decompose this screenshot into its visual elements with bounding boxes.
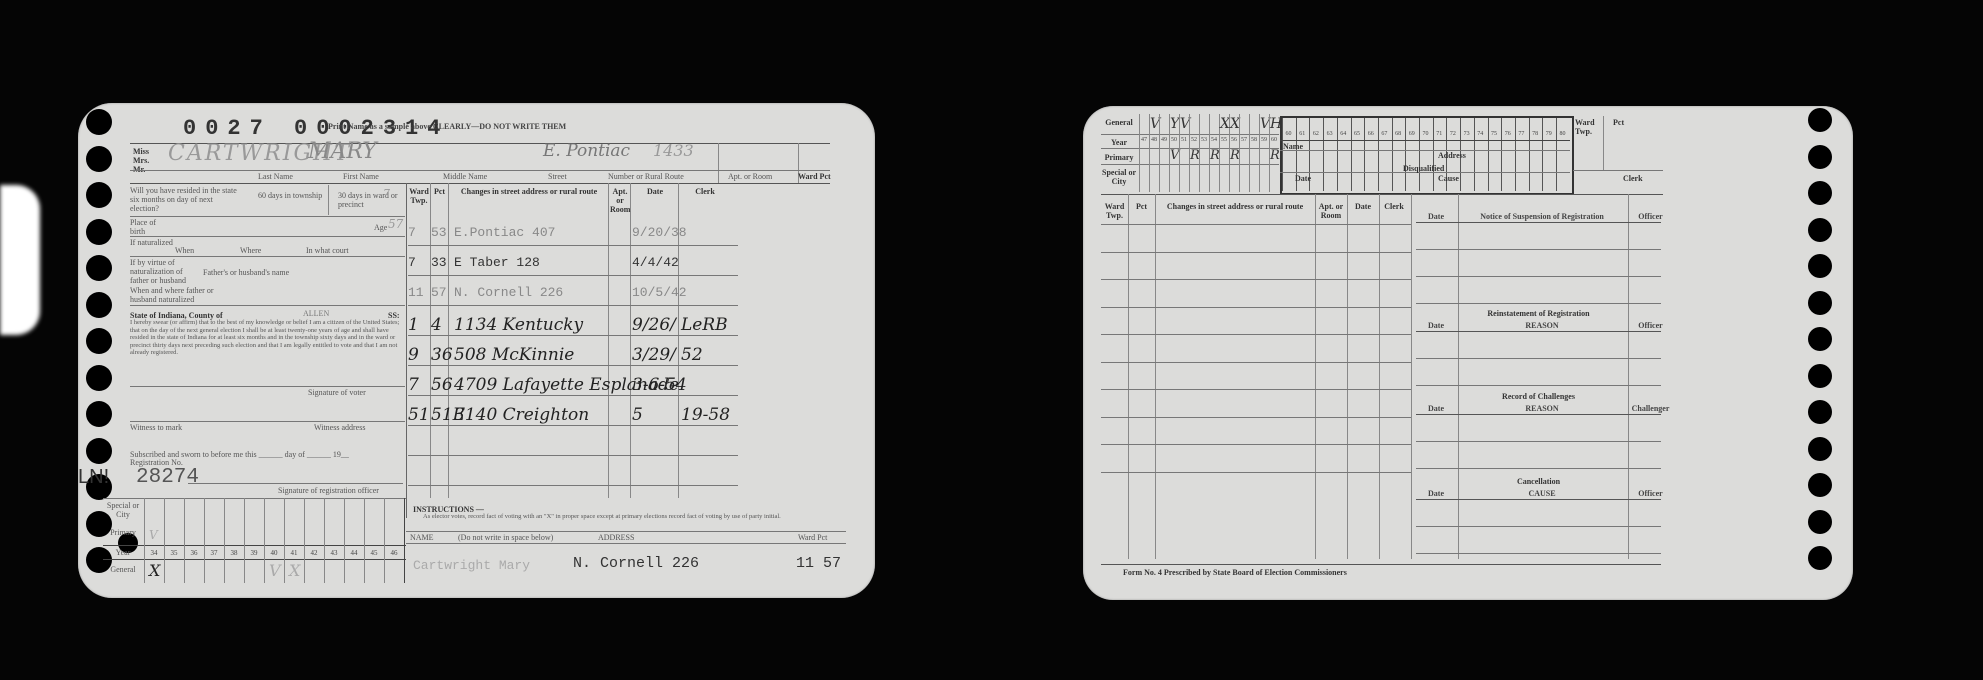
footer-address: N. Cornell 226 (573, 555, 699, 572)
grid-col-rule (1159, 114, 1160, 192)
registration-number: 28274 (136, 466, 199, 489)
grid-col-rule (1529, 118, 1530, 191)
year-cell: 40 (264, 549, 284, 557)
punch-hole (1808, 254, 1832, 278)
name-label: NAME (410, 533, 434, 542)
when-label: When (175, 246, 194, 255)
date-cell: 10/5/42 (632, 285, 687, 300)
table-header: Apt. or Room (610, 187, 630, 214)
section-rule (1416, 468, 1661, 469)
grid-col-rule (344, 498, 345, 583)
township-60-label: 60 days in township (258, 191, 328, 200)
table-col-rule (1155, 194, 1156, 559)
section-rule (1416, 249, 1661, 250)
grid-col-rule (1282, 118, 1283, 191)
punch-hole (1808, 400, 1832, 424)
section-title: Record of Challenges (1416, 392, 1661, 401)
section-header: REASON (1458, 404, 1626, 413)
primary-mark: V (149, 528, 158, 542)
number-label: Number or Rural Route (608, 172, 684, 181)
witness-mark-label: Witness to mark (130, 423, 182, 432)
table-header: Ward Twp. (1101, 202, 1128, 220)
ward-30-label: 30 days in ward or precinct (338, 191, 408, 209)
year-cell: 68 (1392, 131, 1405, 137)
adjacent-card-edge (0, 185, 40, 335)
grid-col-rule (224, 498, 225, 583)
first-name-value: MARY (308, 139, 377, 164)
pct-label: Pct (1613, 118, 1624, 127)
where-label: Where (240, 246, 261, 255)
section-rule (1416, 526, 1661, 527)
primary-mark: V (1170, 148, 1179, 163)
ext-date-label: Date (1295, 174, 1311, 183)
year-cell: 79 (1542, 131, 1555, 137)
date-cell: 5 (632, 405, 643, 425)
year-cell: 51 (1179, 137, 1189, 143)
date-cell: 3-6-54 (632, 375, 687, 395)
section-rule (1416, 553, 1661, 554)
general-mark: X (149, 561, 160, 580)
section-header: Date (1416, 404, 1456, 413)
county-value: ALLEN (303, 309, 329, 318)
ward-pct-label: Ward Pct (798, 172, 831, 181)
fathers-name-label: Father's or husband's name (203, 268, 289, 277)
year-cell: 37 (204, 549, 224, 557)
punch-hole (86, 182, 112, 208)
grid-row-label: General (1101, 118, 1137, 127)
address-label: ADDRESS (598, 533, 634, 542)
general-mark: Y (1170, 116, 1179, 132)
row-rule (408, 485, 738, 486)
grid-col-rule (164, 498, 165, 583)
row-rule (1101, 334, 1411, 335)
year-cell: 36 (184, 549, 204, 557)
year-cell: 50 (1169, 137, 1179, 143)
footer-name: Cartwright Mary (413, 558, 530, 573)
punch-hole (1808, 108, 1832, 132)
year-cell: 52 (1189, 137, 1199, 143)
year-cell: 77 (1515, 131, 1528, 137)
oath-text: I hereby swear (or affirm) that to the b… (130, 319, 405, 357)
footer-ward: 11 (796, 555, 814, 572)
grid-rule (1101, 164, 1279, 165)
punch-hole (1808, 218, 1832, 242)
table-header: Date (632, 187, 678, 196)
section-rule (1416, 414, 1661, 415)
grid-col-rule (1351, 118, 1352, 191)
row-rule (408, 365, 738, 366)
year-cell: 63 (1323, 131, 1336, 137)
grid-row-label: Special or City (1101, 168, 1137, 186)
instructions-text: As elector votes, record fact of voting … (423, 513, 803, 521)
punch-hole (1808, 181, 1832, 205)
apt-room-label: Apt. or Room (728, 172, 772, 181)
table-header: Ward Twp. (408, 187, 430, 205)
table-header: Pct (431, 187, 448, 196)
row-rule (1101, 417, 1411, 418)
row-rule (408, 395, 738, 396)
year-cell: 60 (1269, 137, 1279, 143)
middle-name-label: Middle Name (443, 172, 487, 181)
primary-mark: R (1270, 148, 1280, 163)
grid-col-rule (1139, 114, 1140, 192)
section-header: REASON (1458, 321, 1626, 330)
section-rule (1416, 358, 1661, 359)
year-cell: 53 (1199, 137, 1209, 143)
clerk-cell: 52 (681, 345, 703, 365)
grid-rule (103, 545, 406, 546)
year-cell: 60 (1282, 131, 1295, 137)
year-cell: 41 (284, 549, 304, 557)
naturalized-label: If naturalized (130, 238, 173, 247)
court-label: In what court (306, 246, 349, 255)
pct-cell: 36 (431, 345, 453, 365)
grid-col-rule (1515, 118, 1516, 191)
ward-twp-label: Ward Twp. (1575, 118, 1605, 136)
grid-col-rule (1488, 118, 1489, 191)
punch-hole (1808, 145, 1832, 169)
form-footer: Form No. 4 Prescribed by State Board of … (1123, 568, 1347, 577)
section-header: Officer (1628, 489, 1673, 498)
grid-col-rule (1378, 118, 1379, 191)
grid-col-rule (1501, 118, 1502, 191)
date-cell: 4/4/42 (632, 255, 679, 270)
row-rule (1101, 307, 1411, 308)
year-cell: 67 (1378, 131, 1391, 137)
section-rule (1416, 441, 1661, 442)
year-cell: 48 (1149, 137, 1159, 143)
year-cell: 69 (1405, 131, 1418, 137)
year-cell: 80 (1556, 131, 1569, 137)
year-cell: 34 (144, 549, 164, 557)
ward-cell: 11 (408, 285, 424, 300)
pct-cell: 53 (431, 225, 447, 240)
age-value: 57 (388, 217, 403, 231)
grid-rule (103, 498, 406, 499)
number-value: 1433 (653, 141, 694, 160)
date-cell: 3/29/ (632, 345, 676, 365)
grid-col-rule (1474, 118, 1475, 191)
grid-col-rule (1199, 114, 1200, 192)
year-cell: 47 (1139, 137, 1149, 143)
footer-ward-pct-label: Ward Pct (798, 533, 827, 542)
by-virtue-label: If by virtue of naturalization of father… (130, 258, 200, 285)
row-rule (408, 335, 738, 336)
year-cell: 45 (364, 549, 384, 557)
year-cell: 65 (1351, 131, 1364, 137)
grid-row-label: Year (106, 548, 140, 557)
ward-cell: 1 (408, 315, 419, 335)
year-cell: 62 (1309, 131, 1322, 137)
section-header: CAUSE (1458, 489, 1626, 498)
section-rule (1416, 276, 1661, 277)
address-cell: E Taber 128 (454, 255, 540, 270)
punch-hole (1808, 291, 1832, 315)
year-cell: 49 (1159, 137, 1169, 143)
row-rule (408, 425, 738, 426)
do-not-write-label: (Do not write in space below) (458, 533, 553, 542)
year-cell: 35 (164, 549, 184, 557)
grid-row-label: Primary (106, 528, 140, 537)
street-label: Street (548, 172, 567, 181)
row-rule (1101, 279, 1411, 280)
grid-row-label: General (106, 565, 140, 574)
ln-label: LN! (78, 466, 109, 489)
signature-officer-label: Signature of registration officer (278, 486, 379, 495)
resided-question: Will you have resided in the state six m… (130, 186, 240, 213)
section-header: Notice of Suspension of Registration (1458, 212, 1626, 221)
table-header: Apt. or Room (1315, 202, 1347, 220)
pct-cell: 33 (431, 255, 447, 270)
footer-pct: 57 (823, 555, 841, 572)
year-cell: 42 (304, 549, 324, 557)
section-rule (1416, 303, 1661, 304)
grid-col-rule (144, 498, 145, 583)
year-cell: 76 (1501, 131, 1514, 137)
table-header: Changes in street address or rural route (1155, 202, 1315, 211)
address-cell: 1134 Kentucky (454, 315, 583, 335)
grid-rule (1280, 140, 1570, 141)
year-cell: 54 (1209, 137, 1219, 143)
punch-hole (1808, 364, 1832, 388)
witness-address-label: Witness address (314, 423, 365, 432)
clerk-label: Clerk (1623, 174, 1643, 183)
section-header: Date (1416, 321, 1456, 330)
grid-col-rule (384, 498, 385, 583)
grid-row-label: Special or City (106, 501, 140, 519)
address-cell: 3140 Creighton (454, 405, 589, 425)
grid-col-rule (1239, 114, 1240, 192)
row-rule (408, 275, 738, 276)
grid-col-rule (364, 498, 365, 583)
table-col-rule (1347, 194, 1348, 559)
grid-col-rule (284, 498, 285, 583)
year-cell: 75 (1488, 131, 1501, 137)
section-header: Date (1416, 489, 1456, 498)
grid-col-rule (1405, 118, 1406, 191)
grid-rule (103, 559, 406, 560)
when-where-father-label: When and where father or husband natural… (130, 286, 220, 304)
grid-col-rule (324, 498, 325, 583)
date-cell: 9/20/38 (632, 225, 687, 240)
section-title: Cancellation (1416, 477, 1661, 486)
clerk-cell: 19-58 (681, 405, 730, 425)
grid-col-rule (404, 498, 405, 583)
registration-card-front: 0027 0002314 Print Name as a sample abov… (78, 103, 875, 598)
punch-hole (1808, 546, 1832, 570)
year-cell: 38 (224, 549, 244, 557)
year-cell: 74 (1474, 131, 1487, 137)
grid-rule (1280, 150, 1570, 151)
year-cell: 72 (1446, 131, 1459, 137)
year-cell: 56 (1229, 137, 1239, 143)
row-rule (1101, 252, 1411, 253)
grid-col-rule (1364, 118, 1365, 191)
year-cell: 61 (1296, 131, 1309, 137)
row-rule (1101, 389, 1411, 390)
address-cell: E.Pontiac 407 (454, 225, 555, 240)
year-cell: 39 (244, 549, 264, 557)
grid-col-rule (184, 498, 185, 583)
street-value: E. Pontiac (543, 141, 630, 161)
address-cell: 508 McKinnie (454, 345, 574, 365)
clerk-cell: LeRB (681, 315, 728, 335)
year-cell: 66 (1364, 131, 1377, 137)
punch-hole (86, 292, 112, 318)
ward-cell: 9 (408, 345, 419, 365)
section-header: Challenger (1628, 404, 1673, 413)
header-note: Print Name as a sample above CLEARLY—DO … (328, 122, 566, 131)
ward-30-value: 7 (383, 187, 390, 200)
table-header: Changes in street address or rural route (450, 187, 608, 196)
table-col-rule (1315, 194, 1316, 559)
place-of-birth-label: Place of birth (130, 218, 170, 236)
year-cell: 43 (324, 549, 344, 557)
general-mark: X (289, 561, 300, 580)
grid-col-rule (1556, 118, 1557, 191)
year-cell: 64 (1337, 131, 1350, 137)
ward-cell: 51 (408, 405, 430, 425)
punch-hole (1808, 437, 1832, 461)
punch-hole (1808, 327, 1832, 351)
table-col-rule (1411, 194, 1412, 559)
grid-row-label: Primary (1101, 153, 1137, 162)
section-rule (1416, 331, 1661, 332)
year-cell: 59 (1259, 137, 1269, 143)
punch-hole (86, 401, 112, 427)
row-rule (1101, 362, 1411, 363)
ext-disqualified-label: Disqualified (1403, 164, 1444, 173)
grid-col-rule (304, 498, 305, 583)
year-cell: 71 (1433, 131, 1446, 137)
row-rule (1101, 224, 1411, 225)
row-rule (408, 305, 738, 306)
year-cell: 57 (1239, 137, 1249, 143)
pct-cell: 56 (431, 375, 453, 395)
punch-hole (86, 255, 112, 281)
grid-col-rule (1433, 118, 1434, 191)
grid-rule (1101, 134, 1279, 135)
section-header: Officer (1628, 212, 1673, 221)
year-cell: 55 (1219, 137, 1229, 143)
row-rule (408, 245, 738, 246)
punch-hole (86, 146, 112, 172)
table-header: Pct (1128, 202, 1155, 211)
age-label: Age (374, 223, 387, 232)
punch-hole (86, 109, 112, 135)
section-title: Reinstatement of Registration (1416, 309, 1661, 318)
punch-hole (86, 365, 112, 391)
table-header: Clerk (681, 187, 729, 196)
row-rule (1101, 444, 1411, 445)
year-cell: 70 (1419, 131, 1432, 137)
ext-address-label: Address (1438, 151, 1466, 160)
grid-col-rule (1542, 118, 1543, 191)
section-rule (1416, 222, 1661, 223)
section-header: Officer (1628, 321, 1673, 330)
table-col-rule (1379, 194, 1380, 559)
section-rule (1416, 385, 1661, 386)
grid-col-rule (1419, 118, 1420, 191)
punch-hole (86, 219, 112, 245)
registration-card-back: GeneralYearPrimarySpecial or City4748V49… (1083, 106, 1853, 600)
general-mark: V (269, 561, 281, 580)
punch-hole (86, 438, 112, 464)
section-header: Date (1416, 212, 1456, 221)
row-rule (1101, 472, 1411, 473)
extended-record-box (1280, 116, 1574, 195)
ward-cell: 7 (408, 225, 416, 240)
punch-hole (1808, 510, 1832, 534)
section-rule (1416, 499, 1661, 500)
ext-cause-label: Cause (1438, 174, 1459, 183)
last-name-label: Last Name (258, 172, 293, 181)
table-header: Date (1347, 202, 1379, 211)
grid-col-rule (1249, 114, 1250, 192)
grid-col-rule (244, 498, 245, 583)
grid-row-label: Year (1101, 138, 1137, 147)
ward-cell: 7 (408, 375, 419, 395)
table-col-rule (1128, 194, 1129, 559)
grid-col-rule (204, 498, 205, 583)
year-cell: 73 (1460, 131, 1473, 137)
address-cell: N. Cornell 226 (454, 285, 563, 300)
pct-cell: 4 (431, 315, 442, 335)
year-cell: 58 (1249, 137, 1259, 143)
date-cell: 9/26/ (632, 315, 676, 335)
first-name-label: First Name (343, 172, 379, 181)
punch-hole (86, 328, 112, 354)
year-cell: 78 (1529, 131, 1542, 137)
table-header: Clerk (1379, 202, 1409, 211)
grid-col-rule (1392, 118, 1393, 191)
row-rule (408, 455, 738, 456)
pct-cell: 57 (431, 285, 447, 300)
signature-voter-label: Signature of voter (308, 388, 366, 397)
grid-col-rule (1323, 118, 1324, 191)
year-cell: 44 (344, 549, 364, 557)
ward-cell: 7 (408, 255, 416, 270)
year-cell: 46 (384, 549, 404, 557)
ext-name-label: Name (1283, 142, 1303, 151)
grid-col-rule (1337, 118, 1338, 191)
grid-col-rule (264, 498, 265, 583)
punch-hole (1808, 473, 1832, 497)
